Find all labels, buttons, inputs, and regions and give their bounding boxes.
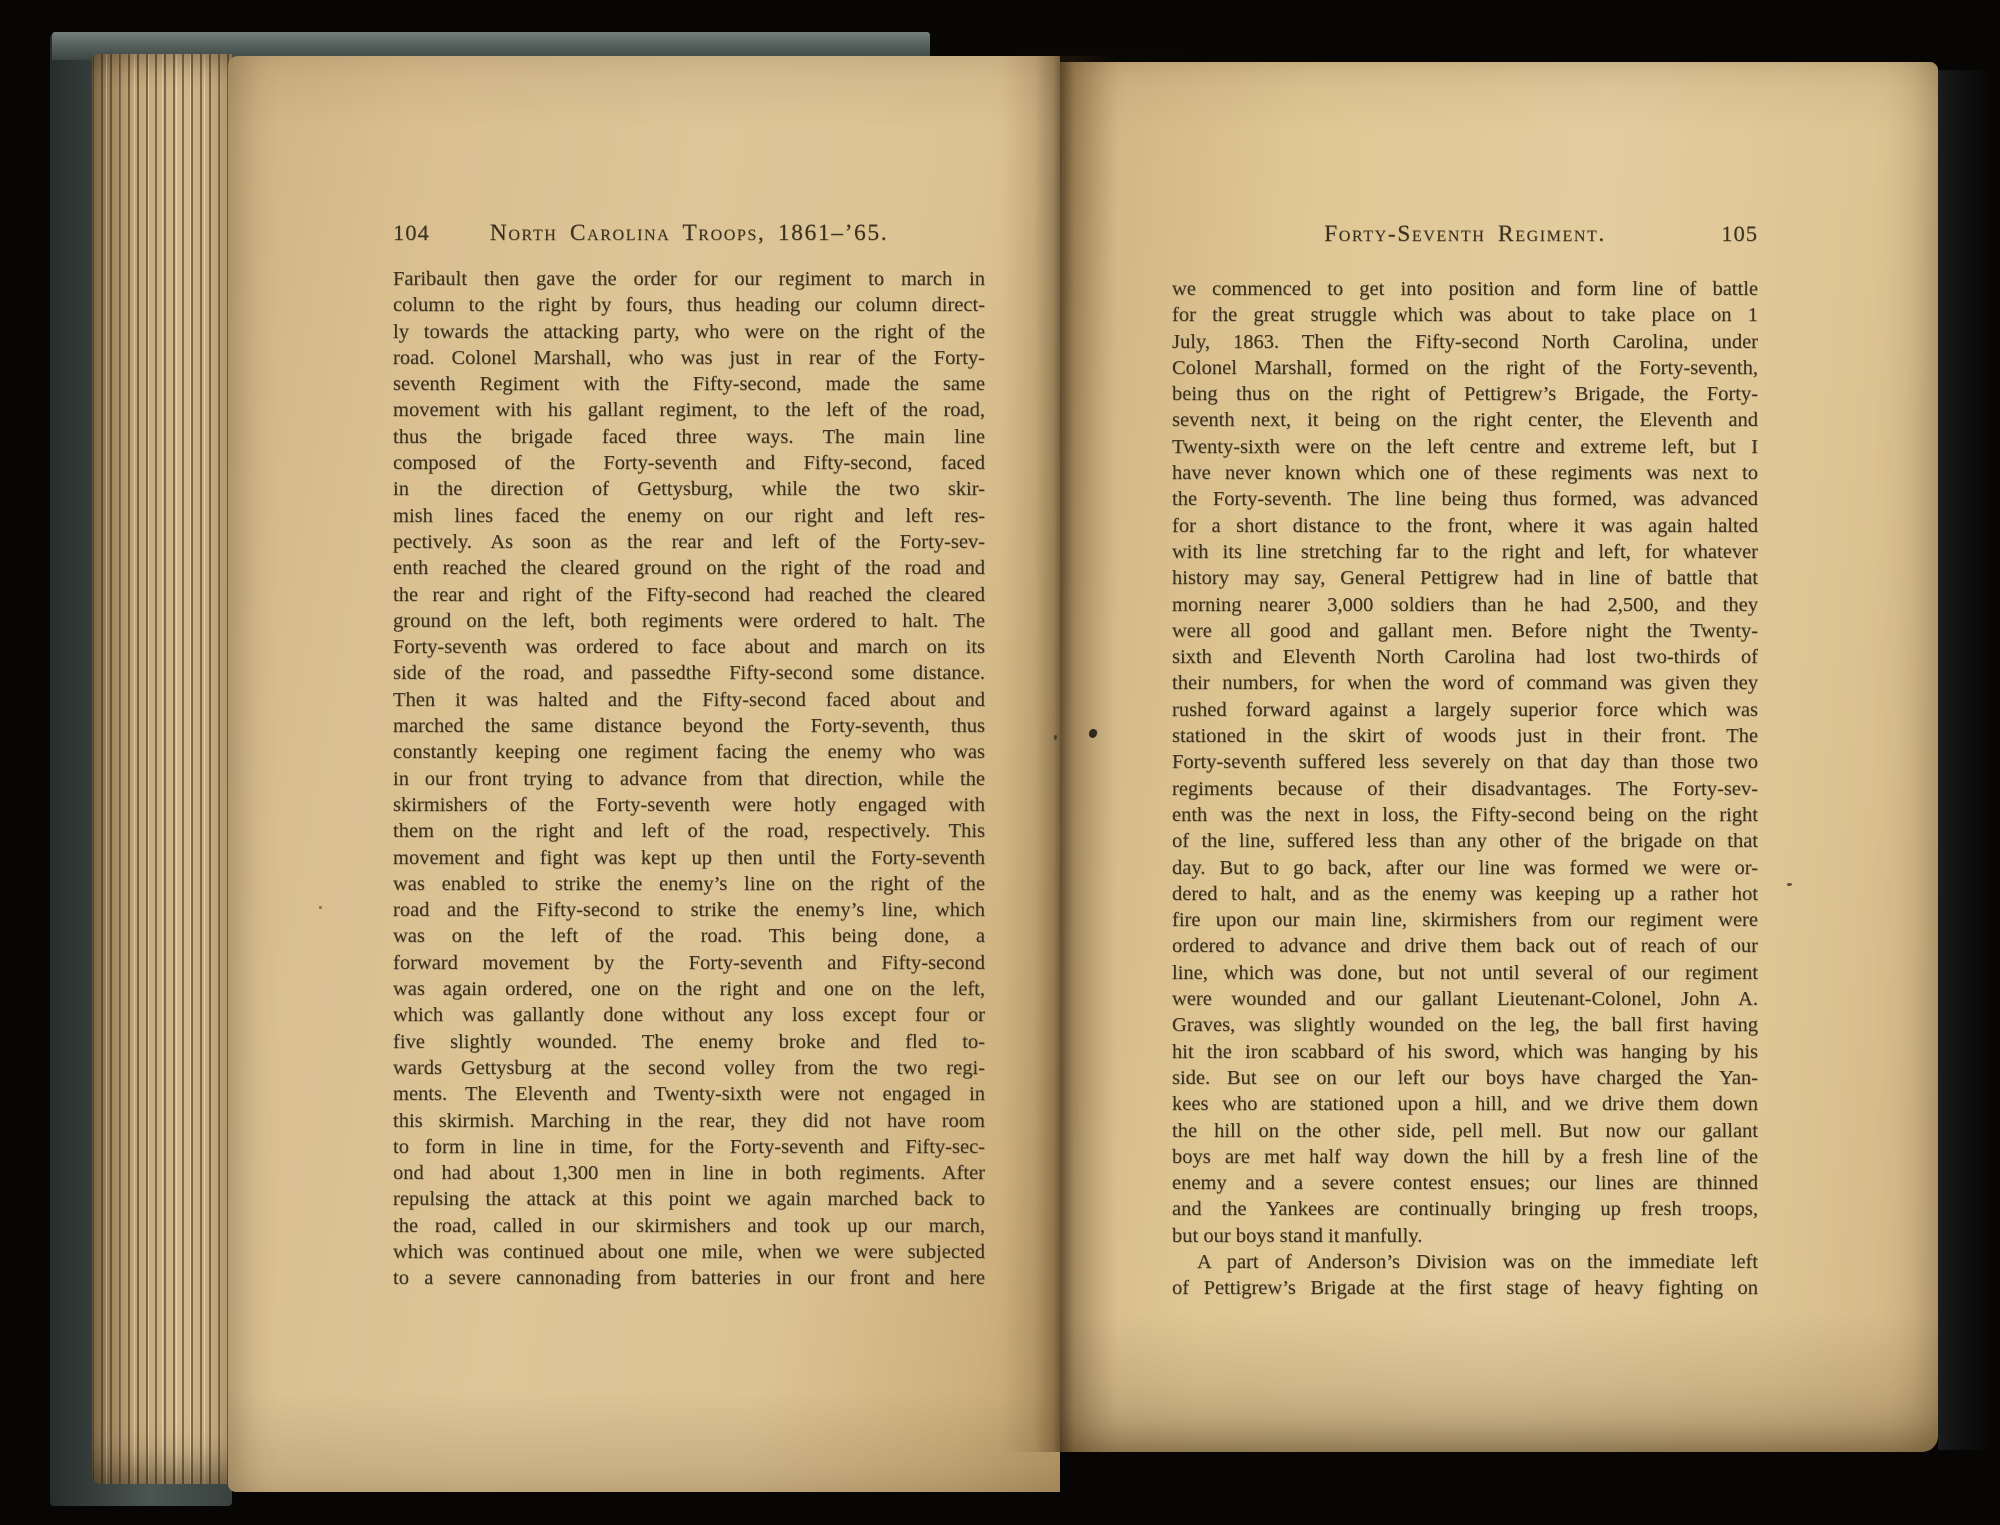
text-line: fire upon our main line, skirmishers fro… bbox=[1172, 907, 1758, 933]
text-line: was again ordered, one on the right and … bbox=[393, 976, 985, 1002]
text-line: column to the right by fours, thus headi… bbox=[393, 292, 985, 318]
text-line: ments. The Eleventh and Twenty-sixth wer… bbox=[393, 1081, 985, 1107]
text-line: to a severe cannonading from batteries i… bbox=[393, 1265, 985, 1291]
text-line: ordered to advance and drive them back o… bbox=[1172, 933, 1758, 959]
text-line: movement and fight was kept up then unti… bbox=[393, 845, 985, 871]
left-page-header: 104 North Carolina Troops, 1861–’65. bbox=[393, 218, 985, 248]
text-line: line, which was done, but not until seve… bbox=[1172, 960, 1758, 986]
text-line: morning nearer 3,000 soldiers than he ha… bbox=[1172, 592, 1758, 618]
text-line: skirmishers of the Forty-seventh were ho… bbox=[393, 792, 985, 818]
text-line: of Pettigrew’s Brigade at the first stag… bbox=[1172, 1275, 1758, 1301]
text-line: movement with his gallant regiment, to t… bbox=[393, 397, 985, 423]
text-line: was on the left of the road. This being … bbox=[393, 923, 985, 949]
text-line: were all good and gallant men. Before ni… bbox=[1172, 618, 1758, 644]
text-line: kees who are stationed upon a hill, and … bbox=[1172, 1091, 1758, 1117]
text-line: marched the same distance beyond the For… bbox=[393, 713, 985, 739]
text-line: this skirmish. Marching in the rear, the… bbox=[393, 1108, 985, 1134]
text-line: rushed forward against a largely superio… bbox=[1172, 697, 1758, 723]
text-line: which was continued about one mile, when… bbox=[393, 1239, 985, 1265]
text-line: for the great struggle which was about t… bbox=[1172, 302, 1758, 328]
text-line: Forty-seventh was ordered to face about … bbox=[393, 634, 985, 660]
photo-background: 104 North Carolina Troops, 1861–’65. For… bbox=[0, 0, 2000, 1525]
text-line: stationed in the skirt of woods just in … bbox=[1172, 723, 1758, 749]
text-line: repulsing the attack at this point we ag… bbox=[393, 1186, 985, 1212]
text-line: Faribault then gave the order for our re… bbox=[393, 266, 985, 292]
text-line: them on the right and left of the road, … bbox=[393, 818, 985, 844]
text-line: the Forty-seventh. The line being thus f… bbox=[1172, 486, 1758, 512]
back-cover-edge bbox=[1938, 70, 1992, 1450]
right-page-number: 105 bbox=[1721, 219, 1758, 249]
text-line: in our front trying to advance from that… bbox=[393, 766, 985, 792]
text-line: road and the Fifty-second to strike the … bbox=[393, 897, 985, 923]
right-running-header: Forty-Seventh Regiment. bbox=[1324, 221, 1606, 247]
text-line: have never known which one of these regi… bbox=[1172, 460, 1758, 486]
text-line: in the direction of Gettysburg, while th… bbox=[393, 476, 985, 502]
text-line: of the line, suffered less than any othe… bbox=[1172, 828, 1758, 854]
text-line: A part of Anderson’s Division was on the… bbox=[1172, 1249, 1758, 1275]
text-line: five slightly wounded. The enemy broke a… bbox=[393, 1029, 985, 1055]
text-line: regiments because of their disadvantages… bbox=[1172, 776, 1758, 802]
text-line: mish lines faced the enemy on our right … bbox=[393, 503, 985, 529]
text-line: Forty-seventh suffered less severely on … bbox=[1172, 749, 1758, 775]
text-line: but our boys stand it manfully. bbox=[1172, 1223, 1758, 1249]
left-page-text: Faribault then gave the order for our re… bbox=[393, 266, 985, 1292]
text-line: was enabled to strike the enemy’s line o… bbox=[393, 871, 985, 897]
text-line: Then it was halted and the Fifty-second … bbox=[393, 687, 985, 713]
text-line: enemy and a severe contest ensues; our l… bbox=[1172, 1170, 1758, 1196]
text-line: being thus on the right of Pettigrew’s B… bbox=[1172, 381, 1758, 407]
text-line: day. But to go back, after our line was … bbox=[1172, 855, 1758, 881]
text-line: seventh Regiment with the Fifty-second, … bbox=[393, 371, 985, 397]
text-line: were wounded and our gallant Lieutenant-… bbox=[1172, 986, 1758, 1012]
text-line: to form in line in time, for the Forty-s… bbox=[393, 1134, 985, 1160]
text-line: for a short distance to the front, where… bbox=[1172, 513, 1758, 539]
text-line: road. Colonel Marshall, who was just in … bbox=[393, 345, 985, 371]
text-line: boys are met half way down the hill by a… bbox=[1172, 1144, 1758, 1170]
text-line: history may say, General Pettigrew had i… bbox=[1172, 565, 1758, 591]
text-line: side. But see on our left our boys have … bbox=[1172, 1065, 1758, 1091]
text-line: the rear and right of the Fifty-second h… bbox=[393, 582, 985, 608]
text-line: constantly keeping one regiment facing t… bbox=[393, 739, 985, 765]
text-line: dered to halt, and as the enemy was keep… bbox=[1172, 881, 1758, 907]
text-line: sixth and Eleventh North Carolina had lo… bbox=[1172, 644, 1758, 670]
text-line: and the Yankees are continually bringing… bbox=[1172, 1196, 1758, 1222]
text-line: enth was the next in loss, the Fifty-sec… bbox=[1172, 802, 1758, 828]
text-line: with its line stretching far to the righ… bbox=[1172, 539, 1758, 565]
text-line: forward movement by the Forty-seventh an… bbox=[393, 950, 985, 976]
text-line: July, 1863. Then the Fifty-second North … bbox=[1172, 329, 1758, 355]
right-page-text: we commenced to get into position and fo… bbox=[1172, 276, 1758, 1302]
text-line: the hill on the other side, pell mell. B… bbox=[1172, 1118, 1758, 1144]
text-line: side of the road, and passedthe Fifty-se… bbox=[393, 660, 985, 686]
right-page-header: Forty-Seventh Regiment. 105 bbox=[1172, 219, 1758, 249]
text-line: wards Gettysburg at the second volley fr… bbox=[393, 1055, 985, 1081]
page-edge-stack bbox=[92, 54, 232, 1484]
text-line: composed of the Forty-seventh and Fifty-… bbox=[393, 450, 985, 476]
text-line: Twenty-sixth were on the left centre and… bbox=[1172, 434, 1758, 460]
text-line: Graves, was slightly wounded on the leg,… bbox=[1172, 1012, 1758, 1038]
text-line: enth reached the cleared ground on the r… bbox=[393, 555, 985, 581]
text-line: ly towards the attacking party, who were… bbox=[393, 319, 985, 345]
text-line: seventh next, it being on the right cent… bbox=[1172, 407, 1758, 433]
text-line: their numbers, for when the word of comm… bbox=[1172, 670, 1758, 696]
left-running-header: North Carolina Troops, 1861–’65. bbox=[490, 220, 888, 246]
text-line: the road, called in our skirmishers and … bbox=[393, 1213, 985, 1239]
text-line: we commenced to get into position and fo… bbox=[1172, 276, 1758, 302]
text-line: ond had about 1,300 men in line in both … bbox=[393, 1160, 985, 1186]
left-page-number: 104 bbox=[393, 218, 430, 248]
text-line: thus the brigade faced three ways. The m… bbox=[393, 424, 985, 450]
text-line: hit the iron scabbard of his sword, whic… bbox=[1172, 1039, 1758, 1065]
text-line: ground on the left, both regiments were … bbox=[393, 608, 985, 634]
text-line: which was gallantly done without any los… bbox=[393, 1002, 985, 1028]
text-line: pectively. As soon as the rear and left … bbox=[393, 529, 985, 555]
text-line: Colonel Marshall, formed on the right of… bbox=[1172, 355, 1758, 381]
